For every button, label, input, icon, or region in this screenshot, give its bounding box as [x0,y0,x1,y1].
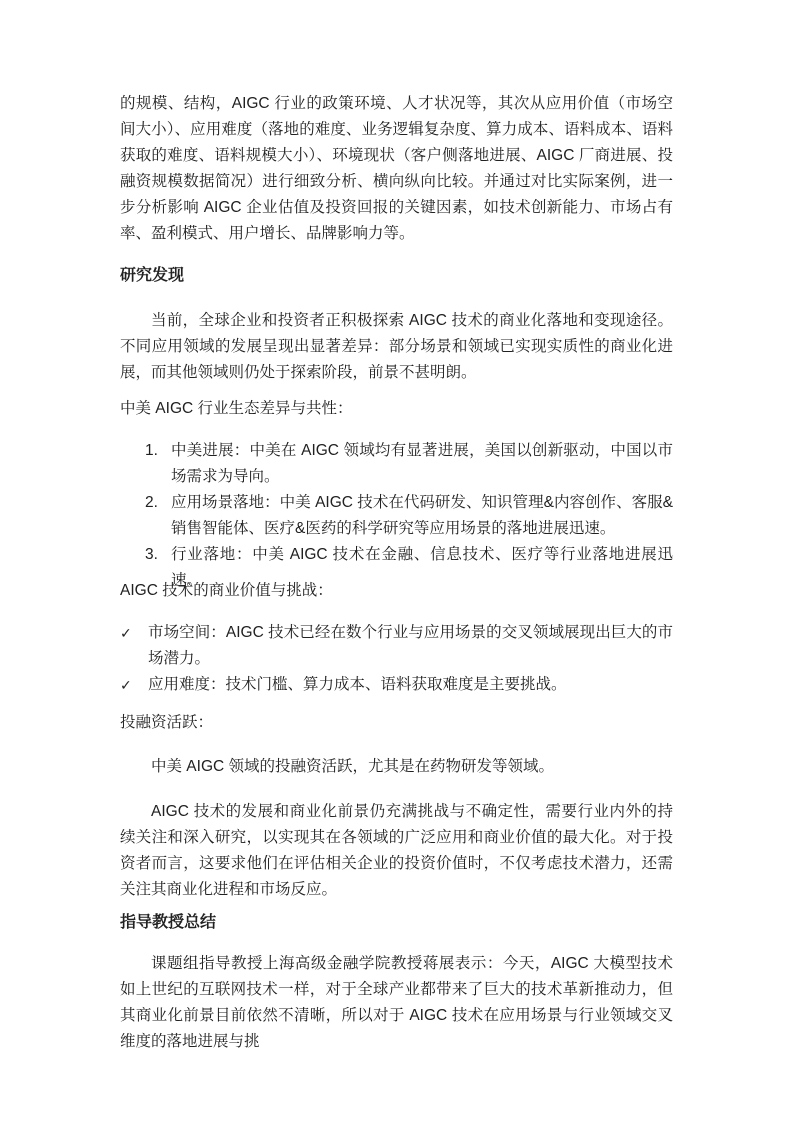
paragraph-outlook: AIGC 技术的发展和商业化前景仍充满挑战与不确定性，需要行业内外的持续关注和深… [120,799,673,903]
list-item-text: 市场空间：AIGC 技术已经在数个行业与应用场景的交叉领域展现出巨大的市场潜力。 [148,620,673,672]
checkmark-icon: ✓ [120,620,148,646]
document-page: 的规模、结构，AIGC 行业的政策环境、人才状况等，其次从应用价值（市场空间大小… [0,0,793,1122]
heading-professor-summary: 指导教授总结 [120,910,673,936]
check-list-item-2: ✓ 应用难度：技术门槛、算力成本、语料获取难度是主要挑战。 [120,672,673,698]
check-list: ✓ 市场空间：AIGC 技术已经在数个行业与应用场景的交叉领域展现出巨大的市场潜… [120,620,673,698]
numbered-list-item-1: 1. 中美进展：中美在 AIGC 领域均有显著进展，美国以创新驱动，中国以市场需… [120,438,673,490]
paragraph-professor: 课题组指导教授上海高级金融学院教授蒋展表示：今天，AIGC 大模型技术如上世纪的… [120,951,673,1055]
numbered-list: 1. 中美进展：中美在 AIGC 领域均有显著进展，美国以创新驱动，中国以市场需… [120,438,673,594]
list-number: 3. [145,542,171,568]
paragraph-investment: 中美 AIGC 领域的投融资活跃，尤其是在药物研发等领域。 [120,754,673,780]
heading-research-findings: 研究发现 [120,263,673,289]
list-item-text: 应用难度：技术门槛、算力成本、语料获取难度是主要挑战。 [148,672,673,698]
list-number: 2. [145,490,171,516]
numbered-list-item-2: 2. 应用场景落地：中美 AIGC 技术在代码研发、知识管理&内容创作、客服&销… [120,490,673,542]
list-item-text: 应用场景落地：中美 AIGC 技术在代码研发、知识管理&内容创作、客服&销售智能… [171,490,673,542]
subheading-cn-us-ecosystem: 中美 AIGC 行业生态差异与共性： [120,396,673,422]
paragraph-findings-intro: 当前，全球企业和投资者正积极探索 AIGC 技术的商业化落地和变现途径。不同应用… [120,308,673,386]
check-list-item-1: ✓ 市场空间：AIGC 技术已经在数个行业与应用场景的交叉领域展现出巨大的市场潜… [120,620,673,672]
checkmark-icon: ✓ [120,672,148,698]
list-number: 1. [145,438,171,464]
paragraph-intro-continuation: 的规模、结构，AIGC 行业的政策环境、人才状况等，其次从应用价值（市场空间大小… [120,91,673,247]
subheading-investment-activity: 投融资活跃： [120,710,673,736]
list-item-text: 中美进展：中美在 AIGC 领域均有显著进展，美国以创新驱动，中国以市场需求为导… [171,438,673,490]
subheading-business-value: AIGC 技术的商业价值与挑战： [120,578,673,604]
